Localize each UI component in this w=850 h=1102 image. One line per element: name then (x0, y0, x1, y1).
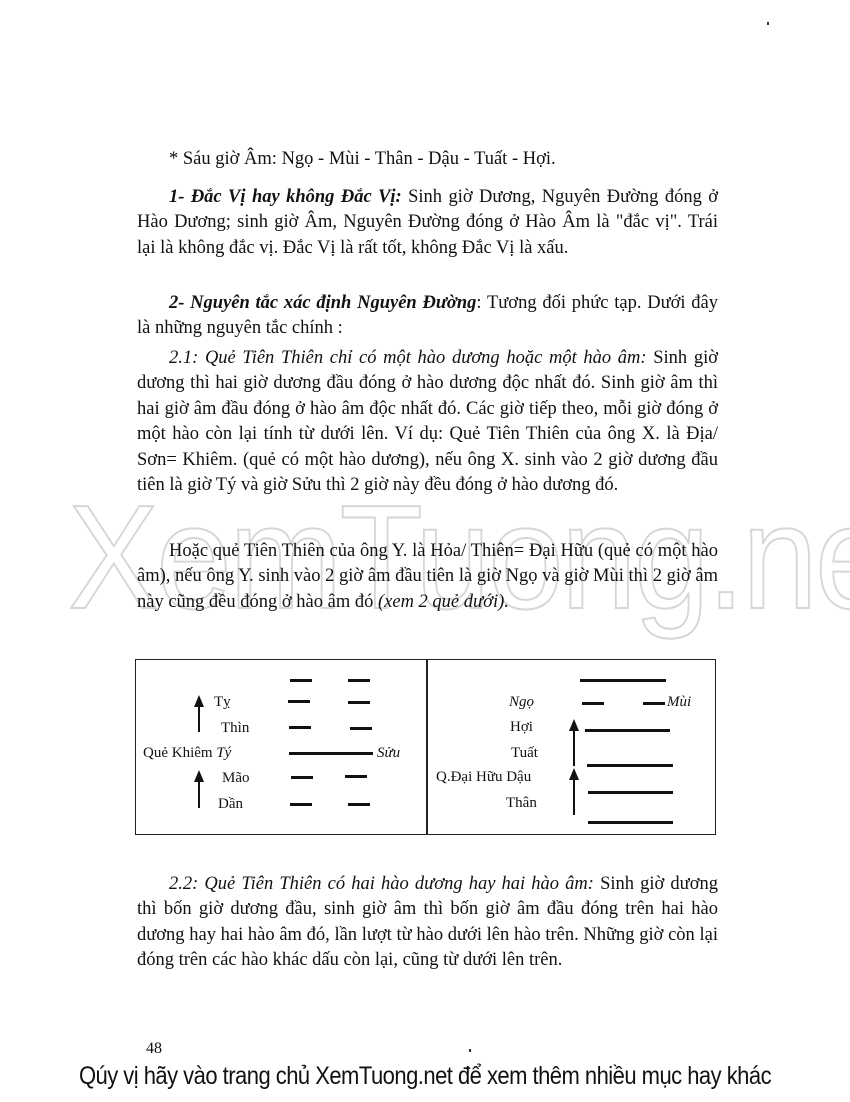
label-ngo: Ngọ (509, 693, 534, 711)
yin-line-segment (582, 702, 604, 705)
yang-line (580, 679, 666, 682)
see-below-note: (xem 2 quẻ dưới). (378, 592, 509, 612)
paragraph-example-y: Hoặc quẻ Tiên Thiên của ông Y. là Hỏa/ T… (137, 539, 718, 615)
arrow-shaft (198, 781, 200, 808)
section-heading-2: 2- Nguyên tắc xác định Nguyên Đường (169, 293, 476, 313)
yin-line-segment (350, 727, 372, 730)
yin-line-segment (348, 803, 370, 806)
paragraph-2-1: 2.1: Quẻ Tiên Thiên chỉ có một hào dương… (137, 346, 718, 498)
section-heading-1: 1- Đắc Vị hay không Đắc Vị: (169, 187, 402, 207)
paragraph-nguyen-tac: 2- Nguyên tắc xác định Nguyên Đường: Tươ… (137, 291, 718, 342)
label-suu: Sửu (377, 744, 400, 762)
yang-line (289, 752, 373, 755)
yin-line-segment (290, 679, 312, 682)
paragraph-dac-vi: 1- Đắc Vị hay không Đắc Vị: Sinh giờ Dươ… (137, 185, 718, 261)
scan-speck (469, 1049, 471, 1052)
book-page: XemTuong.net * Sáu giờ Âm: Ngọ - Mùi - T… (0, 0, 850, 1102)
label-mui: Mùi (667, 693, 691, 711)
arrow-shaft (573, 779, 575, 815)
arrow-shaft (573, 730, 575, 766)
label-than: Thân (506, 794, 537, 812)
scan-speck (767, 22, 769, 25)
hexagram-diagram: Tỵ Thìn Quẻ Khiêm Tý Mão Dần Sửu (135, 659, 716, 835)
yang-line (588, 821, 673, 824)
paragraph-2-2: 2.2: Quẻ Tiên Thiên có hai hào dương hay… (137, 872, 718, 974)
yin-line-segment (288, 700, 310, 703)
paragraph-text: Sinh giờ dương thì hai giờ dương đầu đón… (137, 348, 718, 495)
footer-banner: Qúy vị hãy vào trang chủ XemTuong.net để… (51, 1062, 799, 1091)
yin-line-segment (291, 776, 313, 779)
subsection-heading-2-1: 2.1: Quẻ Tiên Thiên chỉ có một hào dương… (169, 348, 647, 368)
yin-line-segment (348, 701, 370, 704)
label-tuat: Tuất (511, 744, 538, 762)
yin-line-segment (290, 803, 312, 806)
paragraph-six-yin-hours: * Sáu giờ Âm: Ngọ - Mùi - Thân - Dậu - T… (137, 147, 718, 172)
yin-line-segment (345, 775, 367, 778)
yin-line-segment (289, 726, 311, 729)
label-thin: Thìn (221, 719, 249, 737)
label-mao: Mão (222, 769, 250, 787)
yang-line (585, 729, 670, 732)
yin-line-segment (643, 702, 665, 705)
yin-line-segment (348, 679, 370, 682)
panel-divider (426, 660, 428, 834)
yang-line (588, 791, 673, 794)
yang-line (587, 764, 673, 767)
page-number: 48 (146, 1040, 162, 1058)
subsection-heading-2-2: 2.2: Quẻ Tiên Thiên có hai hào dương hay… (169, 874, 594, 894)
paragraph-text: * Sáu giờ Âm: Ngọ - Mùi - Thân - Dậu - T… (169, 149, 556, 169)
label-que-khiem: Quẻ Khiêm Tý (143, 744, 231, 762)
label-dan: Dần (218, 795, 243, 813)
label-hoi: Hợi (510, 718, 533, 736)
label-que-dai-huu-dau: Q.Đại Hữu Dậu (436, 768, 531, 786)
label-ty-snake: Tỵ (214, 693, 231, 711)
arrow-shaft (198, 706, 200, 732)
